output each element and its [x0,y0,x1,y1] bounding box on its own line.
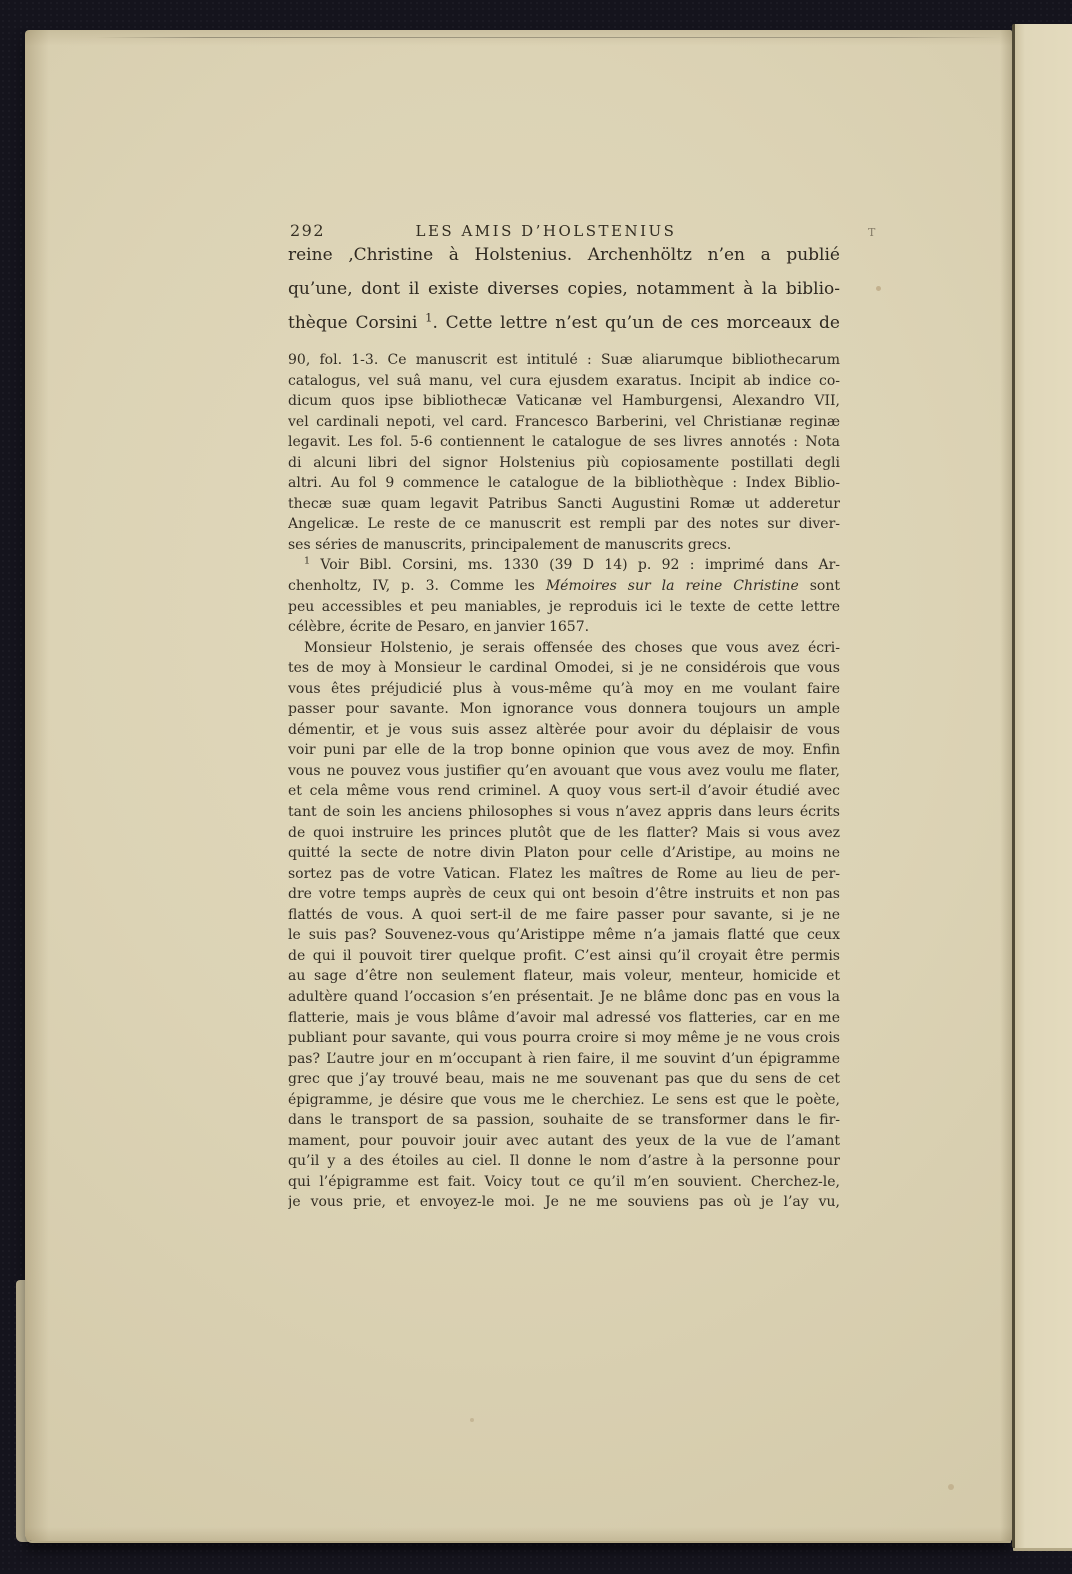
footnote-line: au sage d’être non seulement flateur, ma… [288,966,840,987]
text-segment: thecæ suæ quam legavit Patribus Sancti A… [288,496,840,512]
italic-text: Mémoires sur la reine Christine [546,578,799,594]
text-segment: célèbre, écrite de Pesaro, en janvier 16… [288,619,589,635]
text-segment: vel cardinali nepoti, vel card. Francesc… [288,414,840,430]
footnote-line: altri. Au fol 9 commence le catalogue de… [288,473,840,494]
photo-background: 292 LES AMIS D’HOLSTENIUS T reine ‚Chris… [0,0,1072,1574]
text-segment: et cela même vous rend criminel. A quoy … [288,783,840,799]
footnote-line: flatterie, mais je vous blâme d’avoir ma… [288,1008,840,1029]
book-page: 292 LES AMIS D’HOLSTENIUS T reine ‚Chris… [25,30,1012,1541]
footnote-line: tant de soin les anciens philosophes si … [288,802,840,823]
footnote-line: tes de moy à Monsieur le cardinal Omodei… [288,658,840,679]
text-segment: tant de soin les anciens philosophes si … [288,804,840,820]
footnote-line: dans le transport de sa passion, souhait… [288,1110,840,1131]
text-segment: thèque Corsini [288,313,425,333]
footnote-line: le suis pas? Souvenez-vous qu’Aristippe … [288,925,840,946]
footnote-reference-mark: 1 [425,310,432,324]
footnote-line: qui l’épigramme est fait. Voicy tout ce … [288,1172,840,1193]
text-segment: pas? L’autre jour en m’occupant à rien f… [288,1051,840,1067]
footnote-line: vel cardinali nepoti, vel card. Francesc… [288,412,840,433]
text-segment: au sage d’être non seulement flateur, ma… [288,968,840,984]
text-segment: de qui il pouvoit tirer quelque profit. … [288,948,840,964]
footnote-line: catalogus, vel suâ manu, vel cura ejusde… [288,371,840,392]
footnote-line: grec que j’ay trouvé beau, mais ne me so… [288,1069,840,1090]
paper-speck [948,1484,954,1490]
text-segment: tes de moy à Monsieur le cardinal Omodei… [288,660,840,676]
main-text-line: thèque Corsini 1. Cette lettre n’est qu’… [288,306,840,340]
text-segment: ses séries de manuscrits, principalement… [288,537,731,553]
text-segment: flattés de vous. A quoi sert-il de me fa… [288,907,840,923]
footnote-line: voir puni par elle de la trop bonne opin… [288,740,840,761]
page-top-deckle-edge [95,37,1000,38]
text-segment: démentir, et je vous suis assez altèrée … [288,722,840,738]
footnote-line: quitté la secte de notre divin Platon po… [288,843,840,864]
text-segment: altri. Au fol 9 commence le catalogue de… [288,475,840,491]
footnote-line: vous ne pouvez vous justifier qu’en avou… [288,761,840,782]
footnote-line: di alcuni libri del signor Holstenius pi… [288,453,840,474]
paper-speck [470,1418,474,1422]
text-segment: Angelicæ. Le reste de ce manuscrit est r… [288,516,840,532]
footnote-line: je vous prie, et envoyez-le moi. Je ne m… [288,1192,840,1213]
footnote-line: et cela même vous rend criminel. A quoy … [288,781,840,802]
text-segment: Voir Bibl. Corsini, ms. 1330 (39 D 14) p… [310,557,840,573]
footnote-line: 90, fol. 1-3. Ce manuscrit est intitulé … [288,350,840,371]
footnote-line: sortez pas de votre Vatican. Flatez les … [288,864,840,885]
text-segment: je vous prie, et envoyez-le moi. Je ne m… [288,1194,840,1210]
footnote-line: de qui il pouvoit tirer quelque profit. … [288,946,840,967]
text-segment: sont [799,578,840,594]
main-text-line: reine ‚Christine à Holstenius. Archenhöl… [288,238,840,272]
text-segment: mament, pour pouvoir jouir avec autant d… [288,1133,840,1149]
footnote-line: célèbre, écrite de Pesaro, en janvier 16… [288,617,840,638]
text-segment: quitté la secte de notre divin Platon po… [288,845,840,861]
text-segment: dre votre temps auprès de ceux qui ont b… [288,886,840,902]
footnote-line: publiant pour savante, qui vous pourra c… [288,1028,840,1049]
footnote-line: qu’il y a des étoiles au ciel. Il donne … [288,1151,840,1172]
text-segment: sortez pas de votre Vatican. Flatez les … [288,866,840,882]
text-segment: legavit. Les fol. 5-6 contiennent le cat… [288,434,840,450]
footnote-line: pas? L’autre jour en m’occupant à rien f… [288,1049,840,1070]
text-segment: qu’il y a des étoiles au ciel. Il donne … [288,1153,840,1169]
text-segment: 90, fol. 1-3. Ce manuscrit est intitulé … [288,352,840,368]
footnote-line: adultère quand l’occasion s’en présentai… [288,987,840,1008]
next-page-edge [1012,24,1072,1548]
text-segment: publiant pour savante, qui vous pourra c… [288,1030,840,1046]
text-segment: . Cette lettre n’est qu’un de ces morcea… [433,313,841,333]
footnote-line: passer pour savante. Mon ignorance vous … [288,699,840,720]
main-text-block: reine ‚Christine à Holstenius. Archenhöl… [288,238,840,340]
text-segment: flatterie, mais je vous blâme d’avoir ma… [288,1010,840,1026]
footnote-line: Angelicæ. Le reste de ce manuscrit est r… [288,514,840,535]
footnote-line: ses séries de manuscrits, principalement… [288,535,840,556]
text-segment: de quoi instruire les princes plutôt que… [288,825,840,841]
printers-mark: T [868,226,875,239]
text-segment: vous ne pouvez vous justifier qu’en avou… [288,763,840,779]
text-segment: vous êtes préjudicié plus à vous-même qu… [288,681,840,697]
text-segment: di alcuni libri del signor Holstenius pi… [288,455,840,471]
text-segment: épigramme, je désire que vous me le cher… [288,1092,840,1108]
footnote-line: épigramme, je désire que vous me le cher… [288,1090,840,1111]
footnote-line: peu accessibles et peu maniables, je rep… [288,597,840,618]
footnote-line: legavit. Les fol. 5-6 contiennent le cat… [288,432,840,453]
text-segment: peu accessibles et peu maniables, je rep… [288,599,840,615]
text-segment: voir puni par elle de la trop bonne opin… [288,742,840,758]
footnote-line: vous êtes préjudicié plus à vous-même qu… [288,679,840,700]
footnote-line: mament, pour pouvoir jouir avec autant d… [288,1131,840,1152]
text-segment: qu’une, dont il existe diverses copies, … [288,279,840,299]
text-segment: qui l’épigramme est fait. Voicy tout ce … [288,1174,840,1190]
paper-speck [876,286,881,291]
footnote-line: flattés de vous. A quoi sert-il de me fa… [288,905,840,926]
footnote-line: dicum quos ipse bibliothecæ Vaticanæ vel… [288,391,840,412]
footnote-line: démentir, et je vous suis assez altèrée … [288,720,840,741]
footnote-line: de quoi instruire les princes plutôt que… [288,823,840,844]
text-segment: passer pour savante. Mon ignorance vous … [288,701,840,717]
footnote-line: chenholtz, IV, p. 3. Comme les Mémoires … [288,576,840,597]
footnote-line: dre votre temps auprès de ceux qui ont b… [288,884,840,905]
footnote-block: 90, fol. 1-3. Ce manuscrit est intitulé … [288,350,840,1213]
footnote-line: thecæ suæ quam legavit Patribus Sancti A… [288,494,840,515]
text-segment: catalogus, vel suâ manu, vel cura ejusde… [288,373,840,389]
text-segment: dicum quos ipse bibliothecæ Vaticanæ vel… [288,393,840,409]
text-segment: reine ‚Christine à Holstenius. Archenhöl… [288,245,840,265]
text-segment: adultère quand l’occasion s’en présentai… [288,989,840,1005]
text-segment: chenholtz, IV, p. 3. Comme les [288,578,546,594]
footnote-line: 1 Voir Bibl. Corsini, ms. 1330 (39 D 14)… [288,555,840,576]
main-text-line: qu’une, dont il existe diverses copies, … [288,272,840,306]
text-segment: dans le transport de sa passion, souhait… [288,1112,840,1128]
text-segment: grec que j’ay trouvé beau, mais ne me so… [288,1071,840,1087]
text-segment: le suis pas? Souvenez-vous qu’Aristippe … [288,927,840,943]
footnote-line: Monsieur Holstenio, je serais offensée d… [288,638,840,659]
text-segment: Monsieur Holstenio, je serais offensée d… [304,640,840,656]
